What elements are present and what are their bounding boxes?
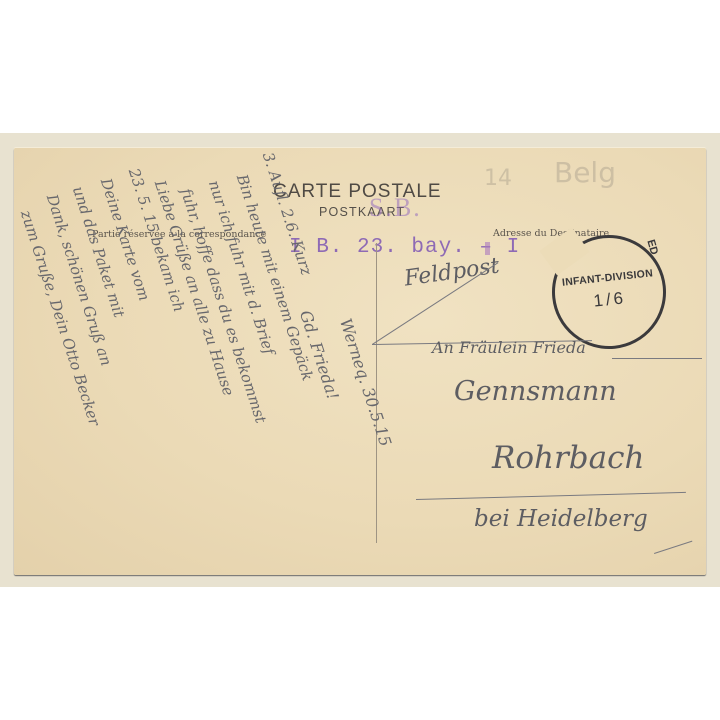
- purple-mark: [485, 242, 490, 255]
- postmark-edge-text: ED: [644, 238, 660, 256]
- dateline: Werneq. 30.5.15: [336, 316, 395, 449]
- end-flourish: [654, 541, 692, 554]
- address-line-3: Rohrbach: [492, 440, 644, 476]
- postmark: ED INFANT-DIVISION 1/6: [546, 229, 671, 354]
- address-line-2: Gennsmann: [454, 376, 617, 407]
- city-underline: [416, 492, 686, 500]
- address-line-1: An Fräulein Frieda: [432, 338, 586, 357]
- faint-pencil-word: Belg: [554, 156, 616, 189]
- feldpost-text: Feldpost: [403, 253, 501, 291]
- name-underline: [612, 358, 702, 359]
- sb-stamp: S.B.: [369, 193, 422, 223]
- address-line-4: bei Heidelberg: [474, 506, 648, 532]
- faint-pencil-number: 14: [484, 166, 512, 191]
- postmark-number: 1/6: [555, 284, 664, 315]
- postcard: 14 Belg CARTE POSTALE POSTKAART S.B. Par…: [14, 148, 706, 575]
